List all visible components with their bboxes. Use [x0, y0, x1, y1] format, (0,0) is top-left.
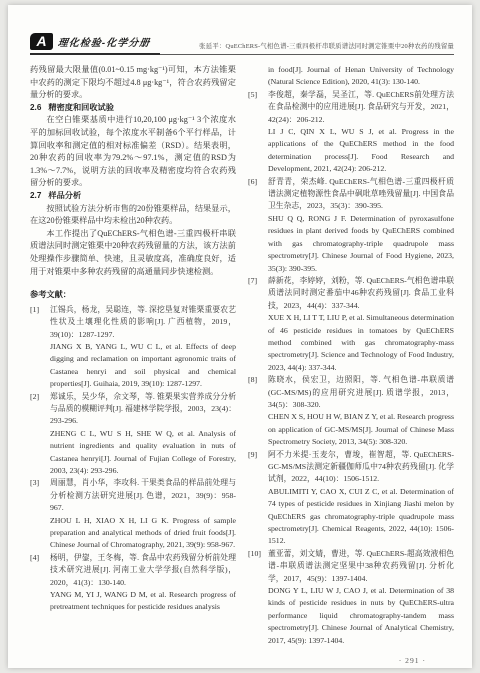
reference-number: [3]	[30, 477, 50, 551]
reference-text-zh: 李俊超，秦学磊，吴圣江，等. QuEChERS前处理方法在食品检测中的应用进展[…	[268, 89, 454, 126]
page-header: A 理化检验-化学分册 张延平：QuEChERS-气相色谱-三重四极杆串联质谱法…	[30, 33, 454, 55]
reference-text-en: in food[J]. Journal of Henan University …	[268, 64, 454, 89]
journal-logo: A 理化检验-化学分册	[30, 33, 160, 55]
reference-text-en: DONG Y L, LIU W J, CAO J, et al. Determi…	[268, 585, 454, 647]
reference-body: 薛新花，李婷婷，刘粉，等. QuEChERS-气相色谱串联质谱法同时测定番茄中4…	[268, 275, 454, 374]
reference-body: 杨明，伊鋆，王冬梅，等. 食品中农药残留分析前处理技术研究进展[J]. 河南工业…	[50, 552, 236, 614]
section-2-6-heading: 2.6精密度和回收试验	[30, 102, 236, 115]
reference-text-zh: 杨明，伊鋆，王冬梅，等. 食品中农药残留分析前处理技术研究进展[J]. 河南工业…	[50, 552, 236, 589]
reference-text-zh: 阿不力米提·玉麦尔，曹埈，崔智超，等. QuEChERS-GC-MS/MS法测定…	[268, 449, 454, 486]
paragraph-continuation: 药残留最大限量值(0.01~0.15 mg·kg⁻¹)可知，本方法锥栗中农药的测…	[30, 64, 236, 102]
reference-text-en: LI J C, QIN X L, WU S J, et al. Progress…	[268, 126, 454, 176]
reference-item-5: [5] 李俊超，秦学磊，吴圣江，等. QuEChERS前处理方法在食品检测中的应…	[248, 89, 454, 176]
reference-text-en: ABULIMITI Y, CAO X, CUI Z C, et al. Dete…	[268, 486, 454, 548]
reference-body: 舒青青，荣杰峰. QuEChERS-气相色谱-三重四极杆质谱法测定植物源性食品中…	[268, 176, 454, 275]
reference-number-blank	[248, 64, 268, 89]
reference-item-2: [2] 郑诚乐，吴少华，佘文琴，等. 锥栗果实营养成分分析与品质的模糊评判[J]…	[30, 391, 236, 478]
right-column: in food[J]. Journal of Henan University …	[248, 64, 454, 665]
reference-number: [6]	[248, 176, 268, 275]
reference-text-en: YANG M, YI J, WANG D M, et al. Research …	[50, 589, 236, 614]
reference-text-en: ZHENG C L, WU S H, SHE W Q, et al. Analy…	[50, 428, 236, 478]
journal-logo-icon: A	[30, 33, 53, 50]
section-title: 样品分析	[48, 191, 81, 200]
section-title: 精密度和回收试验	[48, 103, 114, 112]
reference-text-zh: 陈晓水，侯宏卫，边照阳，等. 气相色谱-串联质谱(GC-MS/MS)的应用研究进…	[268, 374, 454, 411]
reference-item-1: [1] 江锡兵，杨龙，吴聪连，等. 深挖垦复对锥栗重要农艺性状及土壤理化性质的影…	[30, 304, 236, 391]
reference-text-zh: 舒青青，荣杰峰. QuEChERS-气相色谱-三重四极杆质谱法测定植物源性食品中…	[268, 176, 454, 213]
left-column: 药残留最大限量值(0.01~0.15 mg·kg⁻¹)可知，本方法锥栗中农药的测…	[30, 64, 236, 665]
running-head: 张延平：QuEChERS-气相色谱-三重四极杆串联质谱法同时测定锥栗中20种农药…	[199, 41, 454, 51]
reference-item-4: [4] 杨明，伊鋆，王冬梅，等. 食品中农药残留分析前处理技术研究进展[J]. …	[30, 552, 236, 614]
section-number: 2.6	[30, 103, 41, 112]
reference-text-zh: 薛新花，李婷婷，刘粉，等. QuEChERS-气相色谱串联质谱法同时测定番茄中4…	[268, 275, 454, 312]
section-number: 2.7	[30, 191, 41, 200]
reference-text-en: SHU Q Q, RONG J F. Determination of pyro…	[268, 213, 454, 275]
reference-body: 董亚蕾，刘文婧，曹进，等. QuEChERS-超高效液相色谱-串联质谱法测定坚果…	[268, 548, 454, 647]
reference-text-zh: 江锡兵，杨龙，吴聪连，等. 深挖垦复对锥栗重要农艺性状及土壤理化性质的影响[J]…	[50, 304, 236, 341]
reference-body: 江锡兵，杨龙，吴聪连，等. 深挖垦复对锥栗重要农艺性状及土壤理化性质的影响[J]…	[50, 304, 236, 391]
reference-text-en: XUE X H, LI T T, LIU P, et al. Simultane…	[268, 312, 454, 374]
reference-number: [10]	[248, 548, 268, 647]
reference-item-3: [3] 周丽慧，肖小华，李攻科. 干果类食品的样品前处理与分析检测方法研究进展[…	[30, 477, 236, 551]
references-title: 参考文献：	[30, 289, 236, 302]
reference-number: [7]	[248, 275, 268, 374]
reference-number: [5]	[248, 89, 268, 176]
reference-body: 阿不力米提·玉麦尔，曹埈，崔智超，等. QuEChERS-GC-MS/MS法测定…	[268, 449, 454, 548]
reference-item-8: [8] 陈晓水，侯宏卫，边照阳，等. 气相色谱-串联质谱(GC-MS/MS)的应…	[248, 374, 454, 448]
reference-body: 李俊超，秦学磊，吴圣江，等. QuEChERS前处理方法在食品检测中的应用进展[…	[268, 89, 454, 176]
reference-item-6: [6] 舒青青，荣杰峰. QuEChERS-气相色谱-三重四极杆质谱法测定植物源…	[248, 176, 454, 275]
section-2-7-paragraph-2: 本工作提出了QuEChERS-气相色谱-三重四极杆串联质谱法同时测定锥栗中20种…	[30, 228, 236, 278]
page-number: · 291 ·	[248, 656, 454, 665]
reference-item-7: [7] 薛新花，李婷婷，刘粉，等. QuEChERS-气相色谱串联质谱法同时测定…	[248, 275, 454, 374]
section-2-7-paragraph-1: 按照试验方法分析市售的20份锥栗样品，结果显示，在这20份锥栗样品中均未检出20…	[30, 203, 236, 228]
journal-name: 理化检验-化学分册	[57, 34, 151, 49]
reference-body: 陈晓水，侯宏卫，边照阳，等. 气相色谱-串联质谱(GC-MS/MS)的应用研究进…	[268, 374, 454, 448]
reference-text-en: JIANG X B, YANG L, WU C L, et al. Effect…	[50, 341, 236, 391]
document-page: A 理化检验-化学分册 张延平：QuEChERS-气相色谱-三重四极杆串联质谱法…	[8, 5, 472, 668]
reference-body: in food[J]. Journal of Henan University …	[268, 64, 454, 89]
reference-text-en: CHEN X S, HOU H W, BIAN Z Y, et al. Rese…	[268, 411, 454, 448]
reference-item-9: [9] 阿不力米提·玉麦尔，曹埈，崔智超，等. QuEChERS-GC-MS/M…	[248, 449, 454, 548]
section-2-6-paragraph: 在空白锥栗基质中进行10,20,100 μg·kg⁻¹ 3个浓度水平的加标回收试…	[30, 114, 236, 190]
reference-item-4-continuation: in food[J]. Journal of Henan University …	[248, 64, 454, 89]
reference-text-zh: 郑诚乐，吴少华，佘文琴，等. 锥栗果实营养成分分析与品质的模糊评判[J]. 福建…	[50, 391, 236, 428]
reference-number: [8]	[248, 374, 268, 448]
reference-text-zh: 周丽慧，肖小华，李攻科. 干果类食品的样品前处理与分析检测方法研究进展[J]. …	[50, 477, 236, 514]
reference-body: 郑诚乐，吴少华，佘文琴，等. 锥栗果实营养成分分析与品质的模糊评判[J]. 福建…	[50, 391, 236, 478]
reference-text-en: ZHOU L H, XIAO X H, LI G K. Progress of …	[50, 515, 236, 552]
reference-text-zh: 董亚蕾，刘文婧，曹进，等. QuEChERS-超高效液相色谱-串联质谱法测定坚果…	[268, 548, 454, 585]
reference-number: [2]	[30, 391, 50, 478]
reference-item-10: [10] 董亚蕾，刘文婧，曹进，等. QuEChERS-超高效液相色谱-串联质谱…	[248, 548, 454, 647]
section-2-7-heading: 2.7样品分析	[30, 190, 236, 203]
reference-number: [4]	[30, 552, 50, 614]
two-column-body: 药残留最大限量值(0.01~0.15 mg·kg⁻¹)可知，本方法锥栗中农药的测…	[30, 64, 454, 665]
reference-number: [9]	[248, 449, 268, 548]
reference-body: 周丽慧，肖小华，李攻科. 干果类食品的样品前处理与分析检测方法研究进展[J]. …	[50, 477, 236, 551]
reference-number: [1]	[30, 304, 50, 391]
